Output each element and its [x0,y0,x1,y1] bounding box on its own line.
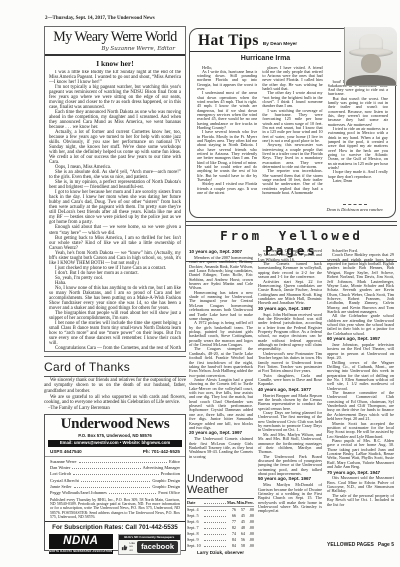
weather-min: 58 [236,543,245,549]
weather-prec: .00 [245,543,254,549]
weary-paragraph: Enough said about that — we were home, s… [49,225,181,235]
weary-column-byline: By Suzanne Werre, Editor [49,46,181,53]
hat-tips-paragraph: Anyway, this newscaster was interviewing… [262,143,322,169]
dot-leader [204,537,226,541]
facebook-like-text: Like us on [130,542,136,552]
yellowed-block: Supt. John Hoffman received word that th… [258,313,322,352]
hat-tips-paragraph: I have several friends who live in Flori… [197,130,257,182]
dot-leader [204,525,226,529]
weather-title-line2: Weather [187,484,228,496]
hat-tips-paragraph: I understand most of the areas shut down… [197,91,257,130]
weather-header-prec: Prec. [245,500,254,506]
facebook-logo: facebook [137,541,178,553]
continuation-line: YELLOWED PAGES Page 5 [327,543,394,548]
yellowed-block: Underwood's new Postmaster Tim Teacher b… [258,352,322,374]
staff-role: Graphic Design [152,478,180,484]
weary-paragraph: Each time they announced North Dakota as… [49,110,181,130]
ndna-full-name: NORTH DAKOTA NEWSPAPER ASSOCIATION [49,550,113,555]
hat-tips-byline: By Dean Meyer [263,43,297,48]
facebook-badge: BHG's ND Community Newspapers Like us on… [118,534,181,556]
yellowed-col-3: Schaeffer Ford.Coach Dave Binkley report… [327,249,394,541]
yellowed-block: The Underwood Comets claimed their first… [189,437,253,459]
weary-paragraph: But getting back to Miss America, I am s… [49,236,181,251]
yellowed-block: Miss Marilyn McDonald of Garrison became… [258,483,322,514]
hat-tips-paragraph: The other day I wrote about my “not bein… [262,91,322,108]
hat-tips-col-2: places I have visited. A friend told me … [262,66,322,194]
card-of-thanks-signature: –The Family of Larry Berreman [44,406,186,411]
yellowed-block: Activities start Sept. 22 for Homecoming… [258,280,322,306]
yellowed-col-2: was Jessica Cottingham, followed by Mela… [258,249,322,565]
dot-leader [72,464,140,468]
ndna-logo: NDNA NORTH DAKOTA NEWSPAPER ASSOCIATION [49,534,113,556]
hat-tips-headline: Hurricane Irma [190,55,341,62]
weary-paragraph: No, I know none of this has anything to … [49,286,181,311]
weather-max: 84 [227,543,236,549]
weather-observer: Larry Dziuk, observer [187,550,254,557]
yellowed-block: The Cougars stomped the Cardinals, 48-20… [189,347,253,378]
ndna-acronym: NDNA [49,534,113,550]
card-of-thanks-title: Card of Thanks [44,361,186,377]
yellowed-block: A 1972 pickup is being raffled off by th… [189,321,253,347]
yellowed-block: Otis Mussmorri sold the Mussmorri Bros. … [327,476,394,493]
continuation-label: YELLOWED PAGES [327,543,374,548]
weary-paragraph: Actually, a lot of former and current Co… [49,130,181,165]
dot-leader [79,458,168,462]
yellowed-block: The Underwood Park Board discussed the p… [258,455,322,477]
facebook-row: Like us on facebook [119,540,180,555]
weather-header-row: Date Max. Min. Prec. [187,500,254,507]
yellowed-block: Marvin Scott has accepted the position o… [327,422,394,439]
yellowed-col-1: 10 years ago, Sept. 2007Members of the 2… [189,249,253,471]
card-of-thanks-paragraph: We sincerely thank our friends and relat… [44,378,186,394]
weary-paragraph: Congratulations Cara — from the Comettes… [49,346,181,349]
yellowed-block: The Comets turned back homestanding Kenm… [258,262,322,279]
hat-tips-column: Hat Tips By Dean Meyer Hurricane Irma He… [189,28,396,218]
yellowed-block: All the Coleharbor grade school children… [327,314,394,336]
hat-tips-paragraph: As I write this, hurricane Irma is windi… [197,70,257,92]
hat-tips-paragraph: Shirley and I visited our Florida friend… [197,182,257,193]
yellowed-block: Piano pupils of Mrs. R.C. Alden gave a r… [327,439,394,470]
hat-tips-paragraph: I was watching the coverage of the hurri… [262,109,322,144]
staff-name: Lori Gefroh [50,471,71,477]
dot-leader [204,543,226,547]
staff-role: Editor [169,459,180,465]
hat-tips-col-1: Hello,As I write this, hurricane Irma is… [197,66,257,194]
masthead-address: P.O. Box 575, Underwood, ND 58576 [45,433,185,439]
weary-paragraph: Yeah, he's from North Dakota — we “know”… [49,251,181,266]
subscription-rates-line: For Subscription Rates: Call 701-442-553… [45,521,185,533]
yellowed-block: The finance committee of the Underwood C… [327,391,394,422]
hat-tips-paragraph: places I have visited. A friend told me … [262,66,322,92]
card-of-thanks-paragraph: We are so grateful to all who supported … [44,395,186,405]
hat-tips-paragraph: Later, Dean [328,179,388,183]
weary-headline: I know her! [45,60,185,68]
dean-meyer-photo [344,27,397,86]
dot-leader [109,490,156,494]
hat-tips-paragraph: But that wasn't the worst. One family wa… [328,97,388,127]
staff-role: Front Office [158,490,180,496]
weather-header-min: Min. [236,500,245,506]
weary-column-header: My Weary Werre World By Suzanne Werre, E… [45,27,185,56]
masthead-usps: USPS 4647540 [50,450,82,455]
dot-leader [73,471,159,475]
yellowed-block: Mr. and Mrs. Marlyn Wilson, and Mr. and … [258,433,322,455]
staff-name: Peggy Wollmuth/Janel Johannes [50,490,107,496]
yellowed-block: Coach Dave Binkley reports that 29 seven… [327,253,394,314]
card-of-thanks-body: We sincerely thank our friends and relat… [44,378,186,405]
hat-tips-title: Hat Tips [198,33,259,49]
yellowed-block: Homecoming has taken a new shade of mean… [189,291,253,322]
masthead-box: Underwood News P.O. Box 575, Underwood, … [44,414,186,551]
thumbs-up-icon [121,544,128,551]
weather-box: Underwood Weather Date Max. Min. Prec. S… [187,474,254,557]
yellowed-block: Jane Johnston, popular television hostes… [327,343,394,360]
dot-leader [204,513,226,517]
weather-date: Sept. 10 [187,543,203,549]
weary-paragraph: The biographies that people will read ab… [49,311,181,321]
yellowed-block: Crazy Days are being planned for Underwo… [258,411,322,433]
weather-header-max: Max. [227,500,236,506]
yellowed-block: Junior Alexis Longtin had a good showing… [189,378,253,430]
staff-role: Graphic Design [152,484,180,490]
staff-name: Dan Winter [50,465,70,471]
masthead-contact: Email: unnews@westriv.com • Website: bhg… [48,440,182,447]
weather-title: Underwood Weather [187,474,254,499]
yellowed-block: The sale of the personal property of Ray… [327,494,394,507]
weary-werre-column: My Weary Werre World By Suzanne Werre, E… [44,26,186,352]
masthead-name: Underwood News [45,417,185,433]
hat-tips-tagline: Dean is Dickinson area rancher. [325,204,385,212]
dot-leader [204,519,226,523]
continuation-page: Page 5 [378,543,394,548]
weary-paragraph: I was a little like Buddy the Elf Sunday… [49,70,181,85]
staff-name: Jamie Seiler [50,484,72,490]
dot-leader [204,531,226,535]
page-folio: 2—Thursday, Sept. 14, 2017, The Underwoo… [45,16,155,21]
hat-tips-paragraph: I tried to ride an air mattress in a swi… [328,127,388,170]
weather-row: Sept. 10 84 58 .00 [187,543,254,549]
double-rule [186,221,397,226]
weary-body: I was a little like Buddy the Elf Sunday… [45,70,185,350]
dot-leader [81,477,150,481]
yellowed-block: Drilling crews of the Wagner Drilling Co… [327,361,394,392]
dot-leader [74,483,151,487]
weary-paragraph: I got to know her because her mom and I … [49,190,181,225]
weather-title-line1: Underwood [187,473,243,485]
weary-paragraph: I'm not typically a big pageant watcher,… [49,85,181,110]
masthead-fine-print: Published every Thursday by BHG, Inc., P… [45,496,185,519]
newspaper-page: 2—Thursday, Sept. 14, 2017, The Underwoo… [0,0,400,567]
weather-header-date: Date [187,500,203,506]
masthead-staff-list: Suzanne Werre Editor Dan Winter Advertis… [45,457,185,496]
dot-leader [204,500,226,504]
card-of-thanks: Card of Thanks We sincerely thank our fr… [44,356,186,411]
photo-face [361,54,381,73]
weary-column-title: My Weary Werre World [53,30,177,46]
yellowed-block: Harriet Bropper and Marla Repson are the… [258,394,322,411]
weary-paragraph: She is an absolute doll. As she'd yell, … [49,170,181,180]
yellowed-block: Twin daughters, Carla and Camille, were … [258,374,322,387]
weary-paragraph: She is, in my opinion, a perfect represe… [49,180,181,190]
weather-table: Date Max. Min. Prec. Sept. 4 76 57 .00 S… [187,500,254,548]
dot-leader [204,507,226,511]
staff-role: Production [161,471,180,477]
photo-shoulders [346,75,396,86]
weary-paragraph: I bet none of the stories will include t… [49,321,181,346]
masthead-phone: Ph: 701-442-5525 [143,450,180,455]
hat-tips-header: Hat Tips By Dean Meyer [190,29,341,52]
masthead-logos: NDNA NORTH DAKOTA NEWSPAPER ASSOCIATION … [45,533,185,556]
masthead-usps-row: USPS 4647540 Ph: 701-442-5525 [45,447,185,457]
hat-tips-paragraph: The reporter was incredulous. She warned… [262,169,322,193]
yellowed-block: Members of the 2007 homecoming court are… [189,256,253,291]
weather-rows: Sept. 4 76 57 .00 Sept. 5 66 45 .00 Sept… [187,507,254,548]
